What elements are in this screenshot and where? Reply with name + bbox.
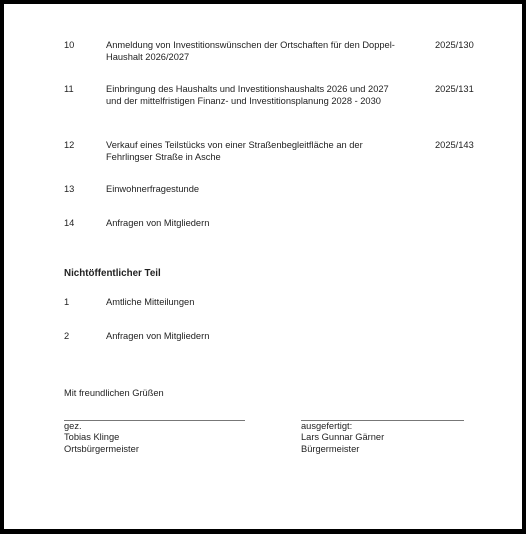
item-text: Anfragen von Mitgliedern — [106, 218, 396, 230]
item-text: Verkauf eines Teilstücks von einer Straß… — [106, 140, 396, 163]
signature-title: Bürgermeister — [301, 444, 464, 455]
item-number: 2 — [64, 331, 69, 343]
item-reference: 2025/130 — [435, 40, 474, 52]
item-text: Anfragen von Mitgliedern — [106, 331, 396, 343]
item-reference: 2025/143 — [435, 140, 474, 152]
item-text: Anmeldung von Investitionswünschen der O… — [106, 40, 396, 63]
signature-label: ausgefertigt: — [301, 421, 464, 432]
document-page: 10 Anmeldung von Investitionswünschen de… — [4, 4, 522, 529]
signature-name: Tobias Klinge — [64, 432, 245, 443]
item-number: 1 — [64, 297, 69, 309]
item-number: 14 — [64, 218, 74, 230]
signature-label: gez. — [64, 421, 245, 432]
closing-greeting: Mit freundlichen Grüßen — [64, 388, 164, 398]
right-signature: ausgefertigt: Lars Gunnar Gärner Bürgerm… — [301, 420, 464, 455]
signature-name: Lars Gunnar Gärner — [301, 432, 464, 443]
item-number: 12 — [64, 140, 74, 152]
item-reference: 2025/131 — [435, 84, 474, 96]
section-heading: Nichtöffentlicher Teil — [64, 268, 161, 279]
item-number: 13 — [64, 184, 74, 196]
signature-title: Ortsbürgermeister — [64, 444, 245, 455]
item-text: Einwohnerfragestunde — [106, 184, 396, 196]
left-signature: gez. Tobias Klinge Ortsbürgermeister — [64, 420, 245, 455]
item-text: Amtliche Mitteilungen — [106, 297, 396, 309]
item-number: 10 — [64, 40, 74, 52]
item-number: 11 — [64, 84, 74, 96]
item-text: Einbringung des Haushalts und Investitio… — [106, 84, 396, 107]
